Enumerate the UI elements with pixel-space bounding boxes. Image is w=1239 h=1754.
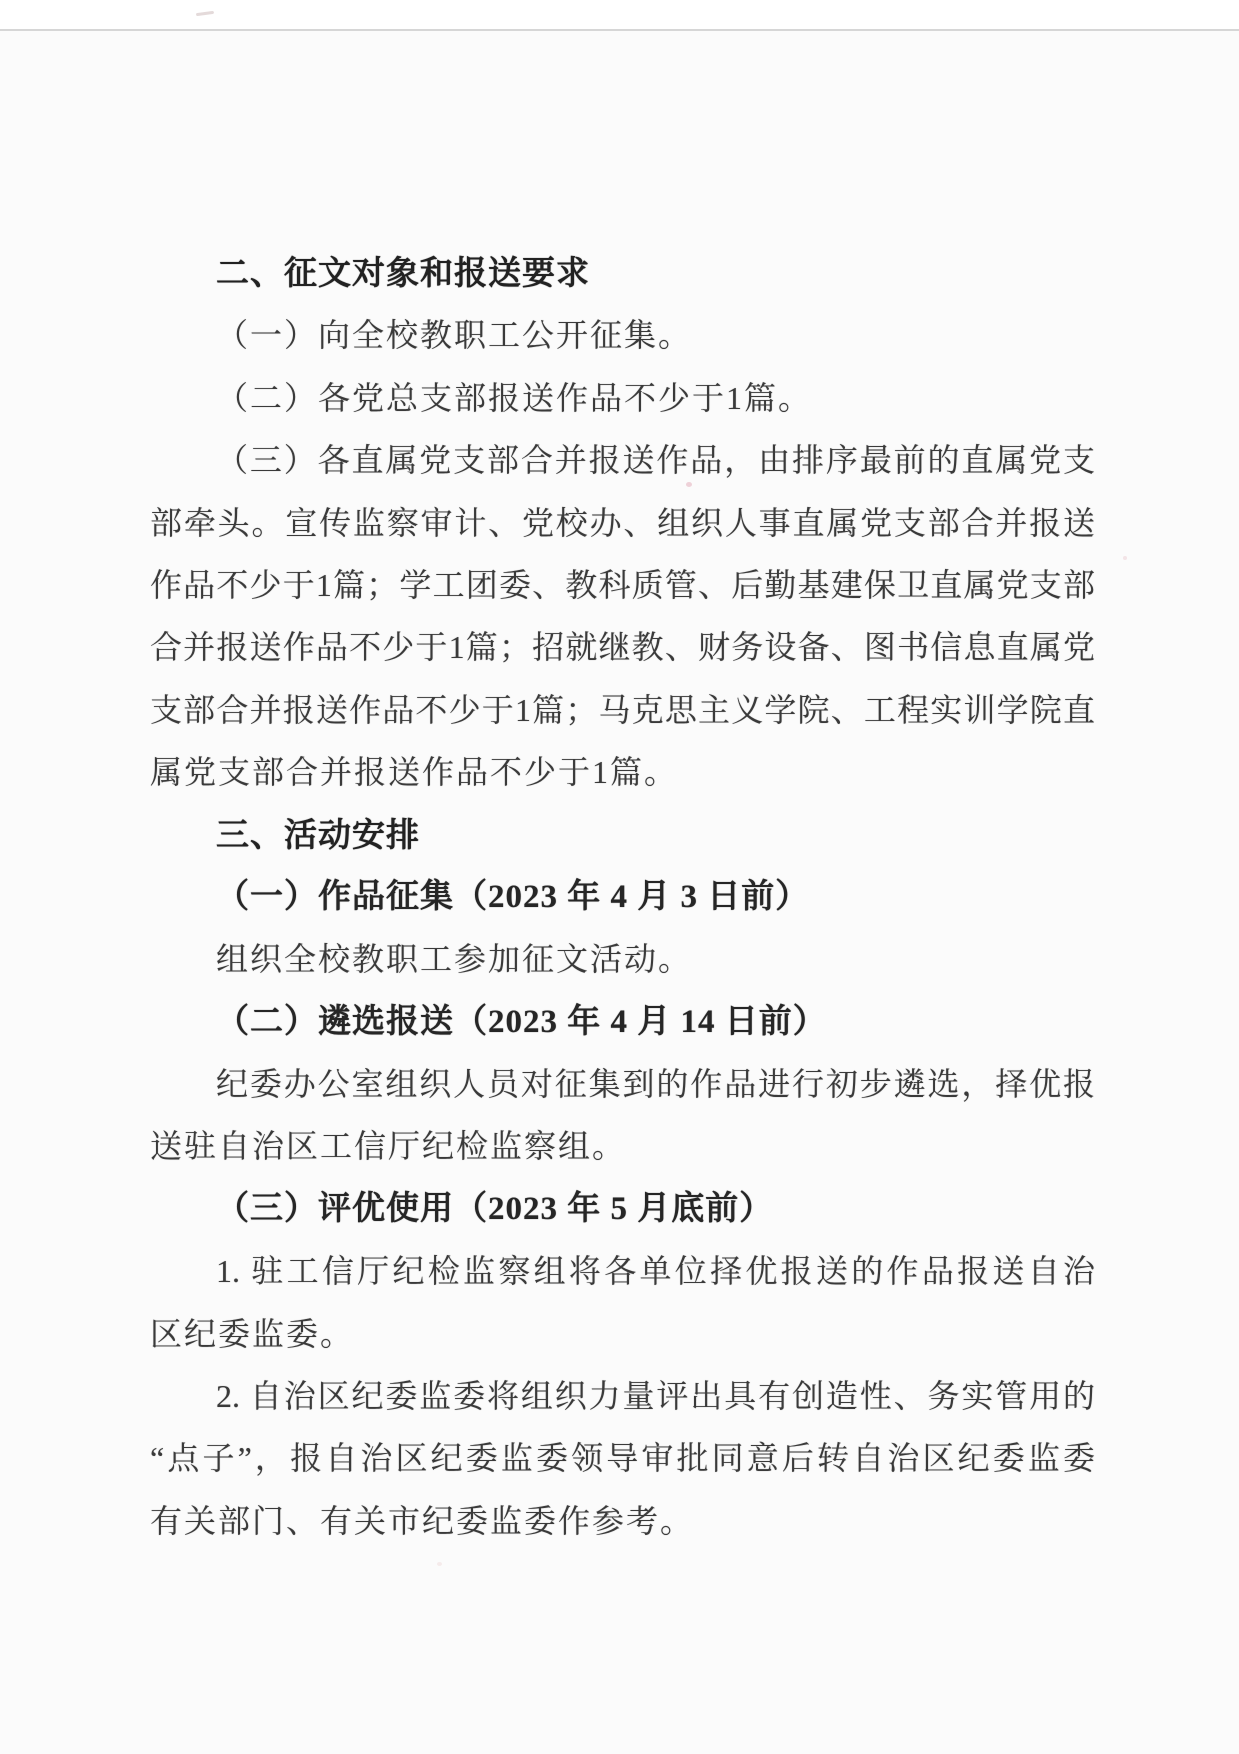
- paragraph-line: 合并报送作品不少于1篇；招就继教、财务设备、图书信息直属党: [150, 616, 1095, 678]
- paragraph-line: 2. 自治区纪委监委将组织力量评出具有创造性、务实管用的: [150, 1365, 1095, 1427]
- subsection-heading: （三）评优使用（2023 年 5 月底前）: [150, 1178, 1095, 1240]
- paragraph-line: 区纪委监委。: [150, 1303, 1095, 1365]
- section-heading-3: 三、活动安排: [150, 804, 1095, 866]
- paragraph-line: （一）向全校教职工公开征集。: [150, 304, 1095, 366]
- paragraph-line: （三）各直属党支部合并报送作品，由排序最前的直属党支: [150, 429, 1095, 491]
- paragraph-line: （二）各党总支部报送作品不少于1篇。: [150, 367, 1095, 429]
- scan-artifact: [437, 1562, 442, 1566]
- paragraph-line: 组织全校教职工参加征文活动。: [150, 928, 1095, 990]
- paragraph-line: 1. 驻工信厅纪检监察组将各单位择优报送的作品报送自治: [150, 1240, 1095, 1302]
- paragraph-line: 纪委办公室组织人员对征集到的作品进行初步遴选，择优报: [150, 1053, 1095, 1115]
- subsection-heading: （一）作品征集（2023 年 4 月 3 日前）: [150, 866, 1095, 928]
- document-page: 二、征文对象和报送要求 （一）向全校教职工公开征集。 （二）各党总支部报送作品不…: [0, 0, 1239, 1754]
- section-heading-2: 二、征文对象和报送要求: [150, 242, 1095, 304]
- scan-artifact: [1123, 556, 1127, 560]
- paragraph-line: 作品不少于1篇；学工团委、教科质管、后勤基建保卫直属党支部: [150, 554, 1095, 616]
- paragraph-line: 支部合并报送作品不少于1篇；马克思主义学院、工程实训学院直: [150, 679, 1095, 741]
- scan-edge-line: [0, 0, 1239, 31]
- paragraph-line: “点子”，报自治区纪委监委领导审批同意后转自治区纪委监委: [150, 1427, 1095, 1489]
- paragraph-line: 有关部门、有关市纪委监委作参考。: [150, 1490, 1095, 1552]
- subsection-heading: （二）遴选报送（2023 年 4 月 14 日前）: [150, 991, 1095, 1053]
- document-content: 二、征文对象和报送要求 （一）向全校教职工公开征集。 （二）各党总支部报送作品不…: [150, 242, 1095, 1552]
- paragraph-line: 送驻自治区工信厅纪检监察组。: [150, 1115, 1095, 1177]
- paragraph-line: 部牵头。宣传监察审计、党校办、组织人事直属党支部合并报送: [150, 492, 1095, 554]
- paragraph-line: 属党支部合并报送作品不少于1篇。: [150, 741, 1095, 803]
